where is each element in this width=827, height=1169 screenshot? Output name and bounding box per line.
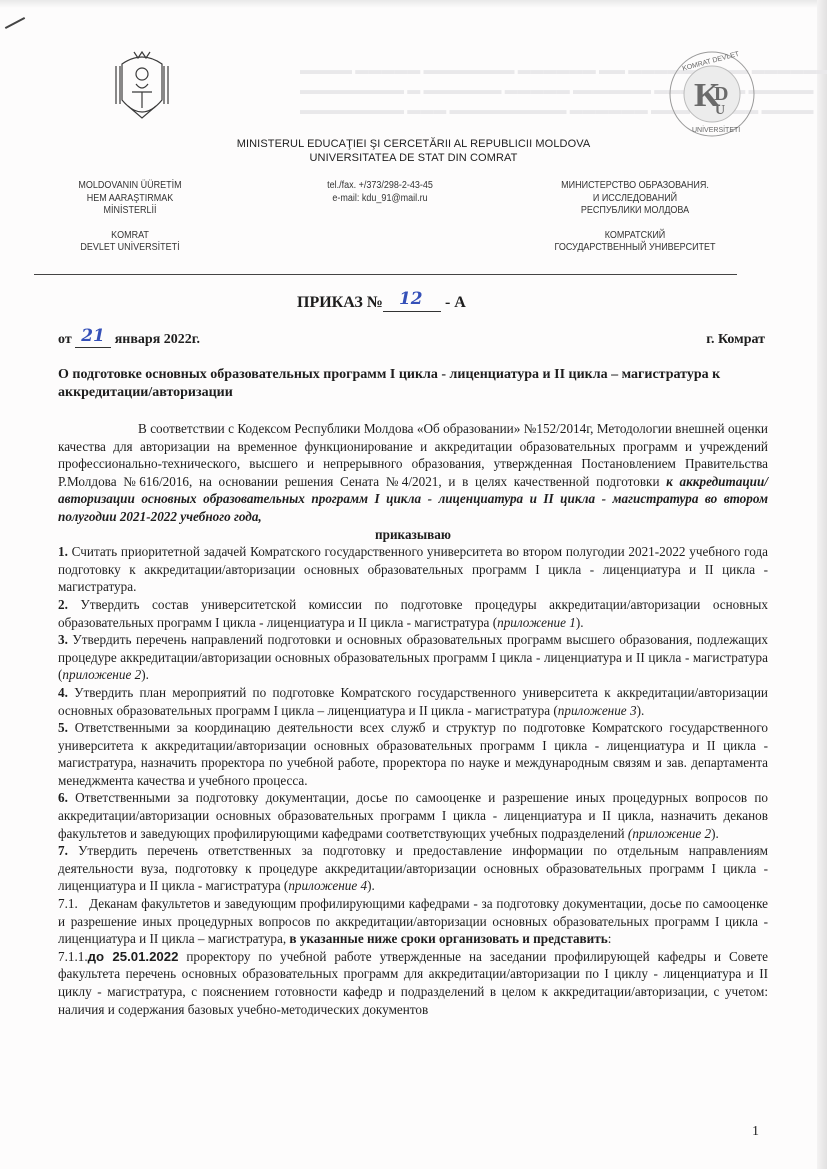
- list-item-1: 1. Считать приоритетной задачей Комратск…: [58, 543, 768, 596]
- order-date: от 21 января 2022г.: [58, 332, 200, 348]
- preamble-text: В соответствии с Кодексом Республики Мол…: [58, 421, 768, 489]
- item-number: 7.: [58, 843, 68, 858]
- item-number: 7.1.: [58, 896, 78, 911]
- item-text: Утвердить перечень направлений подготовк…: [58, 632, 768, 682]
- list-item-2: 2. Утвердить состав университетской коми…: [58, 596, 768, 631]
- list-item-7-1: 7.1. Деканам факультетов и заведующим пр…: [58, 895, 768, 948]
- item-text: Утвердить состав университетской комисси…: [58, 597, 768, 630]
- list-item-3: 3. Утвердить перечень направлений подгот…: [58, 631, 768, 684]
- annex-ref: приложение 4: [288, 878, 367, 893]
- header-left-line: HEM AARAŞTIRMAK: [67, 193, 193, 206]
- svg-text:UNİVERSİTETİ: UNİVERSİTETİ: [692, 125, 740, 134]
- scan-edge-shadow: [817, 0, 827, 1169]
- item-number: 4.: [58, 685, 68, 700]
- item-number: 2.: [58, 597, 68, 612]
- document-body: В соответствии с Кодексом Республики Мол…: [58, 420, 768, 1018]
- header-left-line: MOLDOVANIN ÜÜRETİM: [67, 180, 193, 193]
- item-number: 5.: [58, 720, 68, 735]
- decree-word: приказываю: [58, 526, 768, 544]
- header-divider: [34, 274, 737, 275]
- header-left-line: KOMRAT: [67, 230, 193, 243]
- item-tail: ).: [637, 703, 645, 718]
- date-month-year: января 2022г.: [115, 332, 200, 347]
- university-seal-icon: K D U KOMRAT DEVLET UNİVERSİTETİ: [668, 50, 756, 138]
- item-tail: ).: [367, 878, 375, 893]
- item-tail: :: [608, 931, 612, 946]
- annex-ref: приложение 3: [558, 703, 637, 718]
- order-label: ПРИКАЗ №: [297, 294, 383, 311]
- city: г. Комрат: [706, 332, 765, 348]
- order-suffix: - А: [445, 294, 466, 311]
- annex-ref: приложение 2: [62, 667, 141, 682]
- order-title: ПРИКАЗ №12 - А: [297, 294, 466, 312]
- scan-top-shadow: [0, 0, 827, 8]
- order-number-blank: 12: [383, 295, 441, 312]
- item-bold-tail: в указанные ниже сроки организовать и пр…: [289, 931, 607, 946]
- list-item-6: 6. Ответственными за подготовку документ…: [58, 789, 768, 842]
- svg-text:D: D: [714, 83, 728, 105]
- university-name: UNIVERSITATEA DE STAT DIN COMRAT: [0, 152, 827, 164]
- item-text: Ответственными за координацию деятельнос…: [58, 720, 768, 788]
- header-right-block: МИНИСТЕРСТВО ОБРАЗОВАНИЯ. И ИССЛЕДОВАНИЙ…: [541, 180, 730, 255]
- list-item-5: 5. Ответственными за координацию деятель…: [58, 719, 768, 789]
- header-left-line: DEVLET UNİVERSİTETİ: [67, 242, 193, 255]
- pen-mark: [5, 17, 25, 29]
- order-subject: О подготовке основных образовательных пр…: [58, 366, 758, 402]
- header-right-line: ГОСУДАРСТВЕННЫЙ УНИВЕРСИТЕТ: [541, 242, 730, 255]
- item-text: Утвердить перечень ответственных за подг…: [58, 843, 768, 893]
- date-prefix: от: [58, 332, 72, 347]
- annex-ref: (приложение 2: [628, 826, 711, 841]
- list-item-7: 7. Утвердить перечень ответственных за п…: [58, 842, 768, 895]
- order-number-handwritten: 12: [399, 289, 423, 309]
- day-handwritten: 21: [81, 326, 105, 346]
- item-number: 7.1.1.: [58, 949, 88, 964]
- item-number: 1.: [58, 544, 68, 559]
- header-left-block: MOLDOVANIN ÜÜRETİM HEM AARAŞTIRMAK MİNİS…: [67, 180, 193, 255]
- moldova-coat-of-arms-icon: [108, 44, 176, 128]
- phone-fax: tel./fax. +/373/298-2-43-45: [313, 180, 448, 193]
- item-tail: ).: [711, 826, 719, 841]
- day-blank: 21: [75, 333, 111, 348]
- item-text: Утвердить план мероприятий по подготовке…: [58, 685, 768, 718]
- item-tail: ).: [141, 667, 149, 682]
- page-number: 1: [752, 1124, 759, 1140]
- header-right-line: И ИССЛЕДОВАНИЙ: [541, 193, 730, 206]
- header-contact-block: tel./fax. +/373/298-2-43-45 e-mail: kdu_…: [313, 180, 448, 205]
- list-item-7-1-1: 7.1.1.до 25.01.2022 проректору по учебно…: [58, 948, 768, 1018]
- item-text: Считать приоритетной задачей Комратского…: [58, 544, 768, 594]
- preamble: В соответствии с Кодексом Республики Мол…: [58, 420, 768, 526]
- svg-text:U: U: [715, 103, 725, 118]
- header-left-line: MİNİSTERLİİ: [67, 205, 193, 218]
- item-tail: ).: [576, 615, 584, 630]
- header-right-line: КОМРАТСКИЙ: [541, 230, 730, 243]
- header-right-line: МИНИСТЕРСТВО ОБРАЗОВАНИЯ.: [541, 180, 730, 193]
- annex-ref: приложение 1: [497, 615, 576, 630]
- item-number: 6.: [58, 790, 68, 805]
- email: e-mail: kdu_91@mail.ru: [313, 193, 448, 206]
- ministry-name: MINISTERUL EDUCAŢIEI ŞI CERCETĂRII AL RE…: [0, 138, 827, 150]
- item-number: 3.: [58, 632, 68, 647]
- header-right-line: РЕСПУБЛИКИ МОЛДОВА: [541, 205, 730, 218]
- list-item-4: 4. Утвердить план мероприятий по подгото…: [58, 684, 768, 719]
- deadline: до 25.01.2022: [88, 949, 179, 964]
